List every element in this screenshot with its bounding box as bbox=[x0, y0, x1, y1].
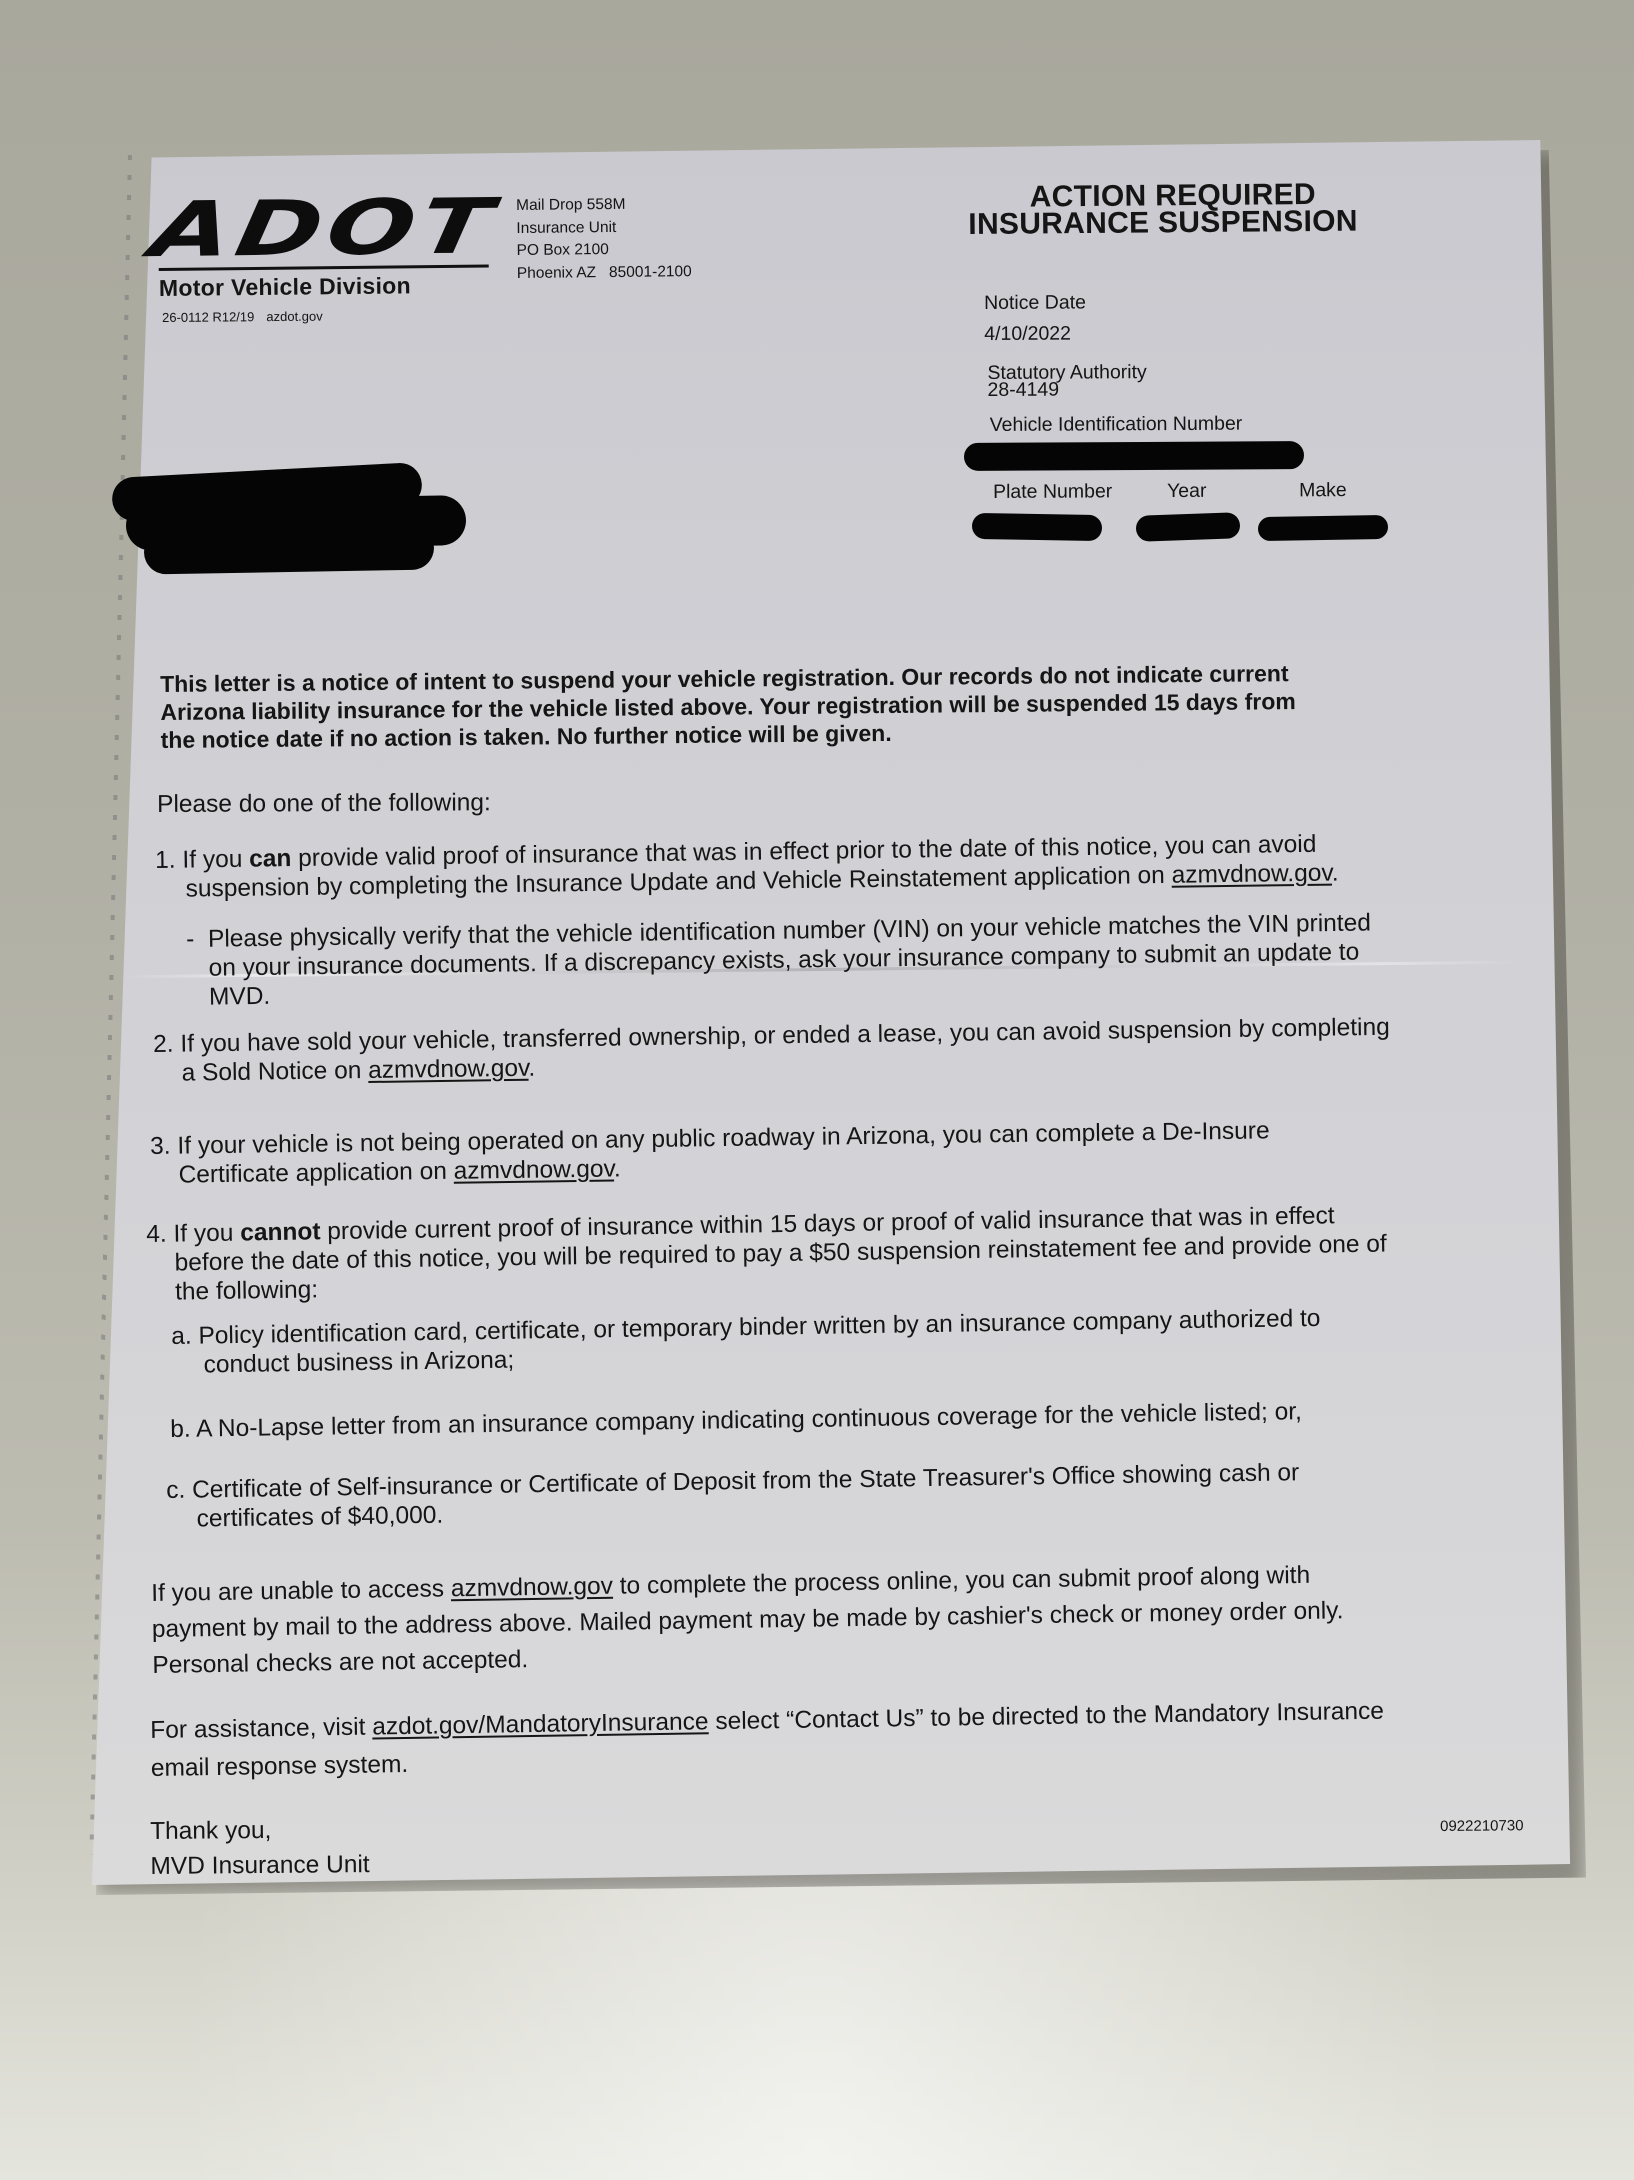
emphasis-cannot: cannot bbox=[240, 1218, 321, 1246]
redacted-recipient-address bbox=[144, 525, 435, 574]
form-code: 26-0112 R12/19 bbox=[162, 309, 254, 325]
address-line: Insurance Unit bbox=[516, 216, 691, 240]
title-line-2: INSURANCE SUSPENSION bbox=[968, 208, 1358, 238]
vin-label: Vehicle Identification Number bbox=[990, 413, 1243, 437]
redacted-year bbox=[1136, 512, 1241, 542]
option-2: 2. If you have sold your vehicle, transf… bbox=[153, 1013, 1390, 1088]
document-number: 0922210730 bbox=[1440, 1817, 1524, 1835]
form-code-line: 26-0112 R12/19azdot.gov bbox=[162, 308, 335, 325]
emphasis-can: can bbox=[249, 845, 292, 873]
address-line: Mail Drop 558M bbox=[516, 193, 691, 217]
option-1: 1. If you can provide valid proof of ins… bbox=[155, 829, 1339, 904]
azmvdnow-link[interactable]: azmvdnow.gov bbox=[451, 1573, 613, 1603]
redacted-plate bbox=[972, 513, 1102, 541]
instructions-heading: Please do one of the following: bbox=[157, 788, 491, 819]
closing: Thank you, MVD Insurance Unit bbox=[150, 1812, 370, 1884]
intro-paragraph: This letter is a notice of intent to sus… bbox=[160, 659, 1296, 754]
option-4-item-b: b. A No-Lapse letter from an insurance c… bbox=[170, 1397, 1302, 1444]
letter-content: ADOT Motor Vehicle Division 26-0112 R12/… bbox=[0, 0, 1634, 2180]
assistance-paragraph: For assistance, visit azdot.gov/Mandator… bbox=[150, 1693, 1385, 1788]
adot-logo: ADOT Motor Vehicle Division bbox=[158, 195, 489, 302]
division-name: Motor Vehicle Division bbox=[159, 272, 489, 302]
return-address: Mail Drop 558M Insurance Unit PO Box 210… bbox=[516, 193, 692, 285]
redacted-vin bbox=[964, 441, 1304, 471]
mandatory-insurance-link[interactable]: azdot.gov/MandatoryInsurance bbox=[372, 1708, 709, 1740]
mail-payment-paragraph: If you are unable to access azmvdnow.gov… bbox=[151, 1557, 1344, 1684]
option-1-vin-note: - Please physically verify that the vehi… bbox=[186, 908, 1372, 1012]
option-4-item-c: c. Certificate of Self-insurance or Cert… bbox=[166, 1458, 1300, 1534]
redacted-make bbox=[1258, 515, 1388, 541]
notice-date: 4/10/2022 bbox=[984, 323, 1071, 346]
address-line: Phoenix AZ 85001-2100 bbox=[517, 261, 692, 285]
signature: MVD Insurance Unit bbox=[150, 1847, 370, 1884]
plate-label: Plate Number bbox=[993, 480, 1112, 504]
azmvdnow-link[interactable]: azmvdnow.gov bbox=[368, 1055, 529, 1084]
azmvdnow-link[interactable]: azmvdnow.gov bbox=[453, 1156, 614, 1185]
make-label: Make bbox=[1299, 479, 1347, 502]
notice-date-label: Notice Date bbox=[984, 291, 1086, 315]
bullet-dash: - bbox=[186, 926, 195, 953]
azmvdnow-link[interactable]: azmvdnow.gov bbox=[1171, 860, 1332, 889]
statutory-authority: 28-4149 bbox=[987, 379, 1059, 402]
salutation: Thank you, bbox=[150, 1812, 370, 1849]
address-line: PO Box 2100 bbox=[516, 238, 691, 262]
option-3: 3. If your vehicle is not being operated… bbox=[150, 1116, 1270, 1190]
option-4-item-a: a. Policy identification card, certifica… bbox=[171, 1304, 1321, 1380]
website: azdot.gov bbox=[266, 309, 323, 324]
notice-title: ACTION REQUIRED INSURANCE SUSPENSION bbox=[968, 181, 1358, 238]
year-label: Year bbox=[1167, 480, 1207, 503]
option-4: 4. If you cannot provide current proof o… bbox=[146, 1201, 1387, 1307]
